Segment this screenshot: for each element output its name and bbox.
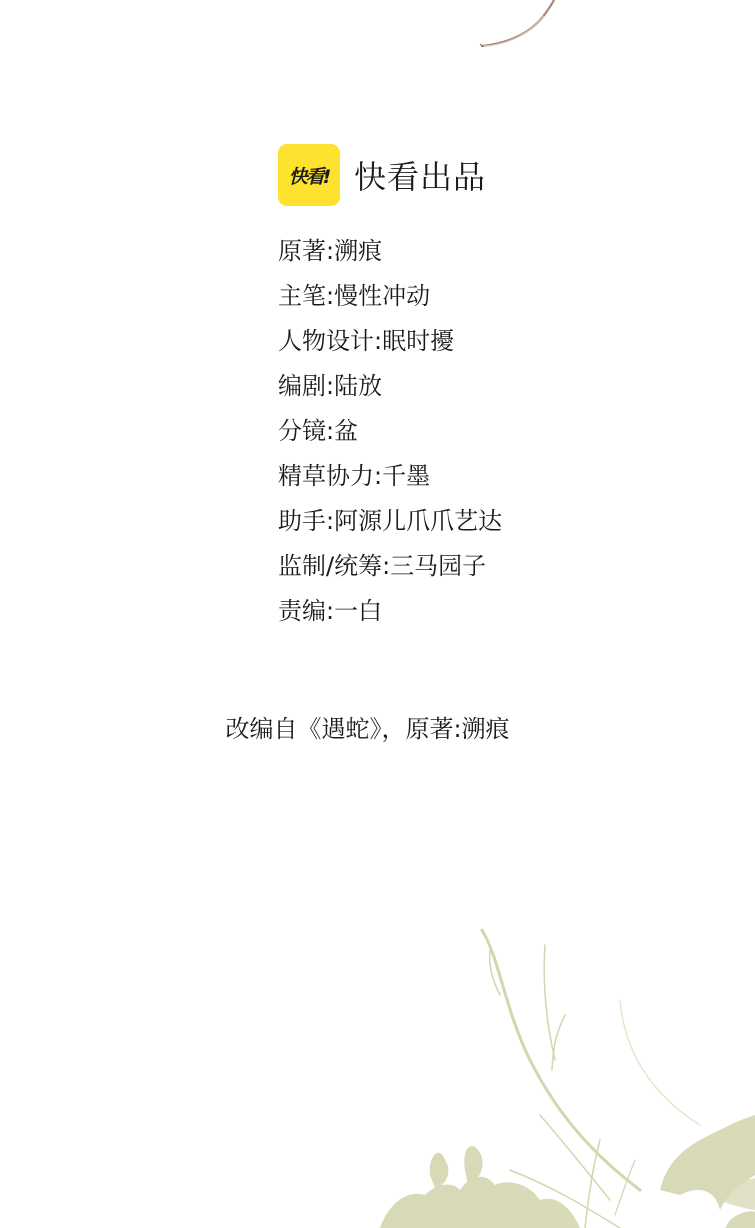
credit-screenwriter: 编剧:陆放	[278, 367, 502, 412]
branch-decoration-icon	[470, 0, 560, 55]
brand-header: 快看! 快看出品	[278, 144, 486, 206]
credit-character-design: 人物设计:眠时擾	[278, 322, 502, 367]
foliage-decoration-icon	[370, 900, 755, 1228]
credit-lead-artist: 主笔:慢性冲动	[278, 277, 502, 322]
credits-list: 原著:溯痕 主笔:慢性冲动 人物设计:眠时擾 编剧:陆放 分镜:盆 精草协力:千…	[278, 232, 502, 637]
logo-text: 快看!	[289, 162, 330, 189]
credit-producer: 监制/统筹:三马园子	[278, 547, 502, 592]
credit-original-author: 原著:溯痕	[278, 232, 502, 277]
credit-sketch-assist: 精草协力:千墨	[278, 457, 502, 502]
kuaikan-logo-icon: 快看!	[278, 144, 340, 206]
brand-title: 快看出品	[354, 152, 486, 198]
credit-editor: 责编:一白	[278, 592, 502, 637]
credit-storyboard: 分镜:盆	[278, 412, 502, 457]
credit-assistant: 助手:阿源儿爪爪艺达	[278, 502, 502, 547]
adaptation-note: 改编自《遇蛇》，原著:溯痕	[0, 710, 755, 748]
